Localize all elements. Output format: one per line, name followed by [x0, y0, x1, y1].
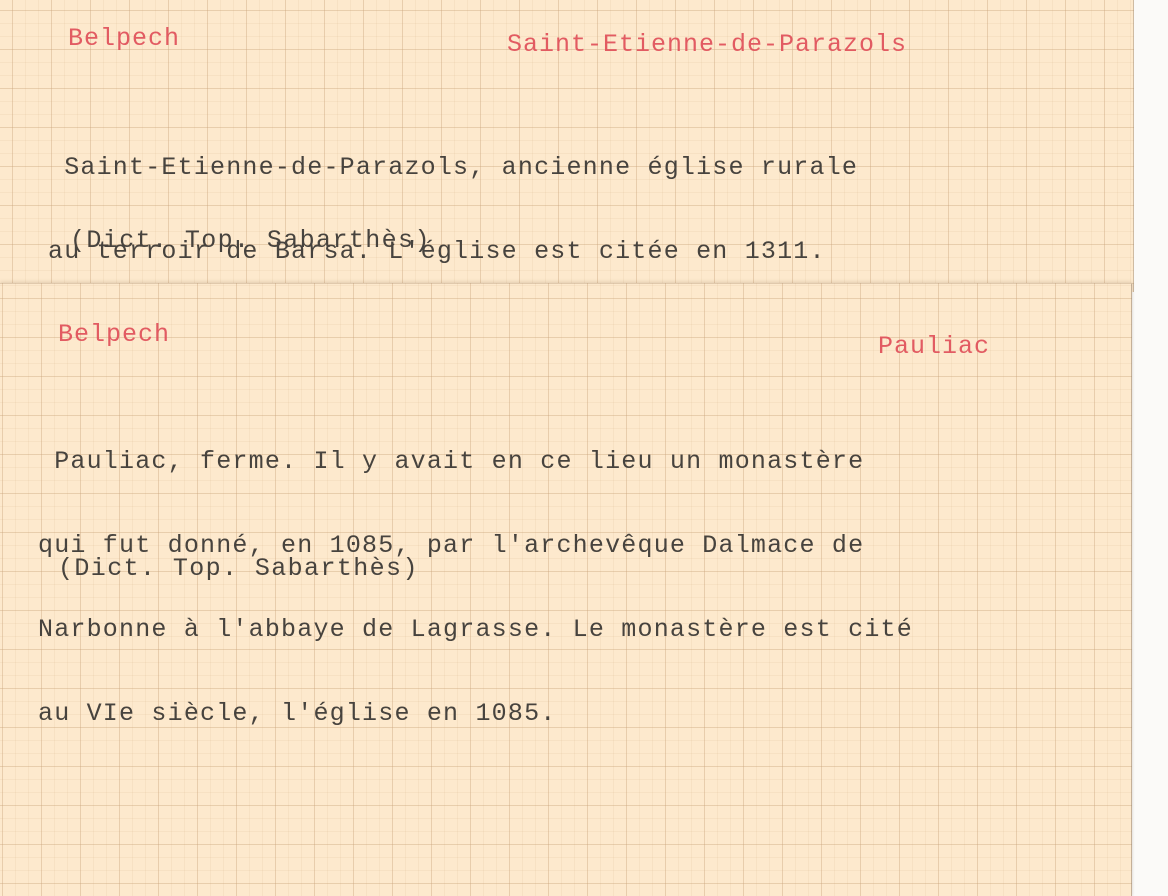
- card-source-citation: (Dict. Top. Sabarthès): [58, 554, 419, 583]
- card-source-citation: (Dict. Top. Sabarthès): [70, 226, 431, 255]
- body-line: Narbonne à l'abbaye de Lagrasse. Le mona…: [38, 616, 913, 644]
- body-line: au VIe siècle, l'église en 1085.: [38, 700, 913, 728]
- card-location-heading: Belpech: [58, 320, 170, 349]
- card-body: Pauliac, ferme. Il y avait en ce lieu un…: [38, 392, 913, 784]
- body-line: Pauliac, ferme. Il y avait en ce lieu un…: [38, 448, 913, 476]
- index-card-pauliac: Belpech Pauliac Pauliac, ferme. Il y ava…: [0, 283, 1132, 896]
- body-line: Saint-Etienne-de-Parazols, ancienne égli…: [48, 154, 858, 182]
- index-card-saint-etienne-de-parazols: Belpech Saint-Etienne-de-Parazols Saint-…: [0, 0, 1134, 292]
- card-subject-heading: Saint-Etienne-de-Parazols: [507, 30, 907, 59]
- scanned-document: Belpech Saint-Etienne-de-Parazols Saint-…: [0, 0, 1168, 896]
- card-subject-heading: Pauliac: [878, 332, 990, 361]
- card-location-heading: Belpech: [68, 24, 180, 53]
